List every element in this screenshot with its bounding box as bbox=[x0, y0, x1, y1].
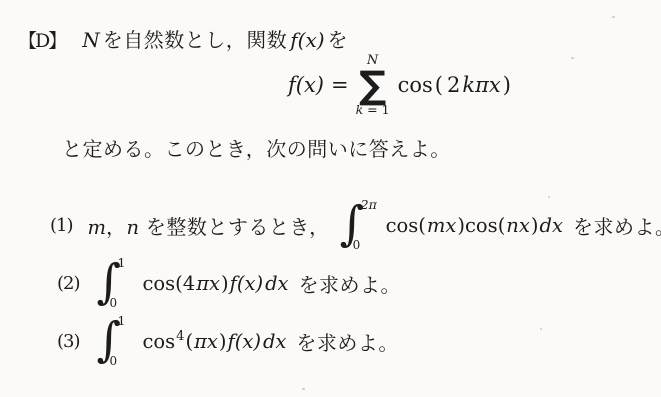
close-paren: ) bbox=[457, 214, 465, 237]
question-3-posttext: を求めよ。 bbox=[296, 327, 399, 356]
integral-lower-limit: 0 bbox=[353, 238, 361, 252]
cos-function: cos bbox=[143, 272, 176, 295]
scan-speck bbox=[612, 16, 615, 18]
var-N: N bbox=[82, 28, 100, 52]
intro-fx: f(x) bbox=[290, 28, 324, 52]
var-n: n bbox=[127, 216, 140, 239]
integral-upper-limit: 1 bbox=[118, 255, 126, 270]
question-2-posttext: を求めよ。 bbox=[299, 269, 402, 298]
question-1: (1) m，n を整数とするとき， ∫ 2π 0 cos(mx)cos(nx)d… bbox=[50, 198, 661, 252]
scan-speck bbox=[540, 328, 542, 330]
scan-speck bbox=[571, 57, 574, 59]
close-paren: ) bbox=[503, 73, 511, 97]
formula-lhs: f(x) bbox=[288, 73, 324, 97]
question-2-integrand: cos(4πx)f(x)dx bbox=[143, 272, 290, 295]
integral-q2: ∫ 1 0 bbox=[97, 257, 135, 309]
question-3-integrand: cos4(πx)f(x)dx bbox=[143, 330, 288, 353]
closing-sentence: と定める。このとき，次の問いに答えよ。 bbox=[62, 133, 451, 162]
close-paren: ) bbox=[221, 272, 229, 295]
dx-differential: dx bbox=[538, 214, 563, 237]
question-1-integrand: cos(mx)cos(nx)dx bbox=[386, 214, 564, 237]
question-1-number: (1) bbox=[50, 215, 73, 236]
cos-function: cos bbox=[465, 214, 498, 237]
scan-speck bbox=[548, 196, 550, 198]
integral-upper-limit: 1 bbox=[118, 313, 126, 328]
question-1-posttext: を求めよ。 bbox=[573, 211, 661, 240]
question-1-text: を整数とするとき， bbox=[139, 215, 330, 239]
question-2: (2) ∫ 1 0 cos(4πx)f(x)dx を求めよ。 bbox=[57, 256, 401, 310]
intro-text-2: を bbox=[328, 28, 349, 52]
open-paren: ( bbox=[435, 73, 443, 97]
exam-problem-page: 【D】Nを自然数とし，関数f(x)を f(x) = N ∑ k = 1 cos(… bbox=[0, 0, 661, 397]
sum-index-start: = 1 bbox=[363, 102, 389, 117]
sigma-icon: ∑ bbox=[359, 67, 386, 103]
question-3-number: (3) bbox=[57, 331, 80, 352]
coefficient: 2 bbox=[447, 73, 460, 97]
var-pix: πx bbox=[195, 272, 221, 295]
equals-sign: = bbox=[331, 73, 349, 97]
integral-lower-limit: 0 bbox=[110, 354, 118, 368]
comma: ， bbox=[106, 215, 127, 239]
fx-function: f(x) bbox=[227, 330, 262, 353]
dx-differential: dx bbox=[264, 272, 289, 295]
problem-intro-line: 【D】Nを自然数とし，関数f(x)を bbox=[18, 24, 348, 53]
formula-rhs: cos(2kπx) bbox=[398, 73, 513, 97]
question-1-pretext: m，n を整数とするとき， bbox=[88, 211, 330, 240]
integral-q3: ∫ 1 0 bbox=[97, 315, 135, 367]
intro-text-1: を自然数とし，関数 bbox=[103, 28, 288, 52]
cos-function: cos bbox=[386, 214, 419, 237]
cos-function: cos bbox=[143, 330, 176, 353]
open-paren: ( bbox=[175, 272, 183, 295]
integral-upper-limit: 2π bbox=[361, 197, 377, 212]
definition-formula: f(x) = N ∑ k = 1 cos(2kπx) bbox=[288, 52, 513, 118]
var-nx: nx bbox=[505, 214, 531, 237]
open-paren: ( bbox=[185, 330, 193, 353]
var-m: m bbox=[88, 216, 107, 239]
fx-function: f(x) bbox=[229, 272, 264, 295]
close-paren: ) bbox=[219, 330, 227, 353]
coefficient: 4 bbox=[183, 272, 195, 295]
scan-speck bbox=[302, 388, 305, 390]
exponent-4: 4 bbox=[175, 329, 185, 344]
cos-function: cos bbox=[398, 73, 433, 97]
question-3: (3) ∫ 1 0 cos4(πx)f(x)dx を求めよ。 bbox=[57, 314, 399, 368]
sum-lower-limit: k = 1 bbox=[356, 104, 390, 117]
question-2-number: (2) bbox=[57, 273, 80, 294]
var-pix: πx bbox=[193, 330, 219, 353]
problem-label: 【D】 bbox=[18, 30, 65, 52]
integral-q1: ∫ 2π 0 bbox=[340, 199, 378, 251]
summation-symbol: N ∑ k = 1 bbox=[356, 54, 390, 117]
open-paren: ( bbox=[418, 214, 426, 237]
integral-lower-limit: 0 bbox=[110, 296, 118, 310]
formula-vars: kπx bbox=[462, 73, 500, 97]
var-mx: mx bbox=[426, 214, 458, 237]
dx-differential: dx bbox=[262, 330, 287, 353]
